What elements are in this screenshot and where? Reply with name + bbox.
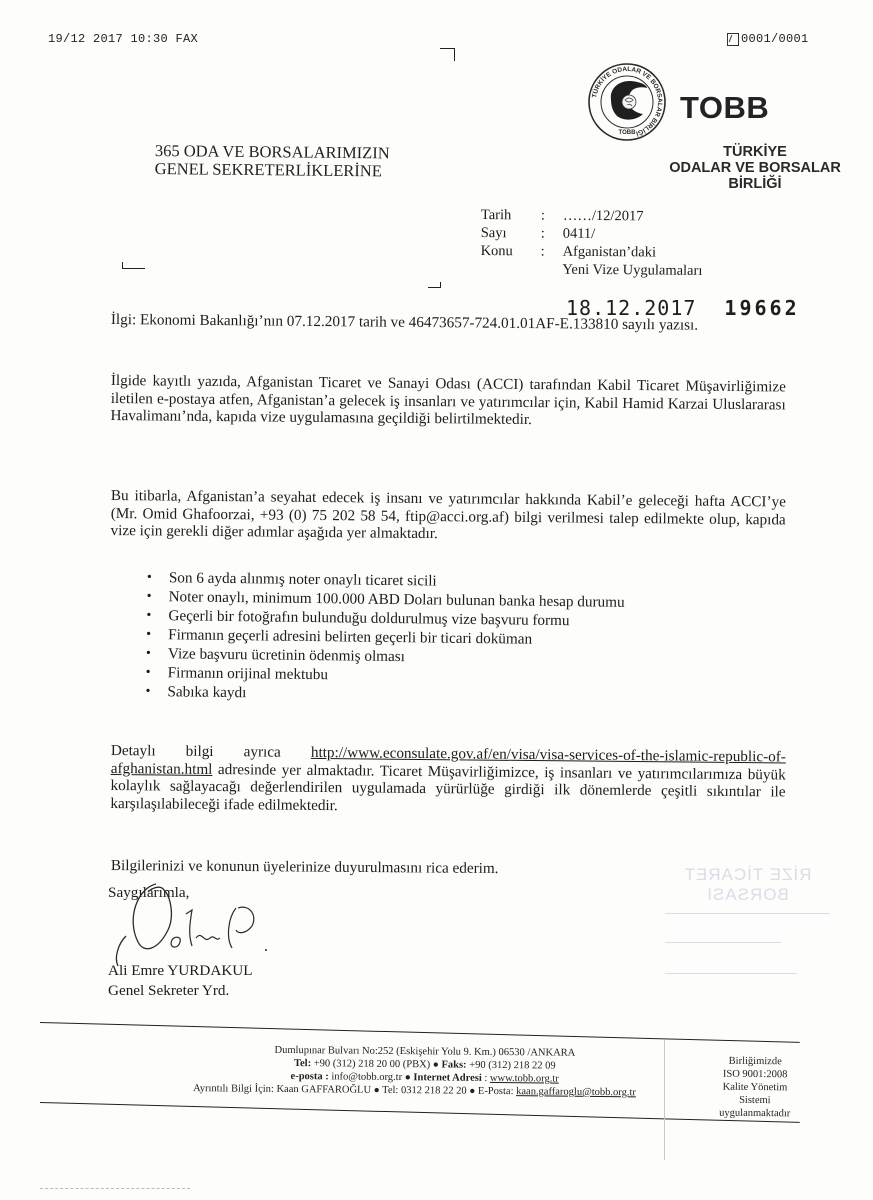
recipient-block: 365 ODA VE BORSALARIMIZIN GENEL SEKRETER… [155, 142, 390, 180]
footer-contact-tel: Tel: 0312 218 22 20 [382, 1085, 467, 1097]
tobb-seal-logo: TÜRKİYE ODALAR VE BORSALAR BİRLİĞİ TOBB [587, 62, 667, 142]
ghost-stamp-line: BORSASI [665, 885, 830, 905]
meta-label: Konu [481, 242, 541, 261]
footer-top-rule [40, 1022, 800, 1043]
footer-bottom-rule [40, 1102, 800, 1123]
meta-value: Yeni Vize Uygulamaları [562, 261, 702, 280]
tobb-brand-name: TOBB [680, 90, 769, 126]
paragraph-1: İlgide kayıtlı yazıda, Afganistan Ticare… [110, 372, 785, 431]
meta-value: Afganistan’daki [563, 243, 703, 262]
closing-request: Bilgilerinizi ve konunun üyelerinize duy… [111, 857, 499, 878]
paragraph-3-text: Detaylı bilgi ayrıca [111, 742, 311, 761]
scan-corner-mark [440, 48, 455, 61]
paragraph-2: Bu itibarla, Afganistan’a seyahat edecek… [110, 487, 785, 546]
ghost-stamp-bleedthrough: RİZE TİCARET BORSASI [665, 865, 830, 1025]
footer-contact-email-link[interactable]: kaan.gaffaroglu@tobb.org.tr [516, 1086, 636, 1098]
requirements-list: Son 6 ayda alınmış noter onaylı ticaret … [145, 568, 625, 707]
fax-page-icon [727, 33, 739, 46]
scan-corner-mark [122, 262, 145, 269]
org-name-line: ODALAR VE BORSALAR [660, 160, 850, 176]
organization-name: TÜRKİYE ODALAR VE BORSALAR BİRLİĞİ [660, 144, 850, 192]
stamp-number: 19662 [724, 296, 799, 320]
letterhead-footer: Dumlupınar Bulvarı No:252 (Eskişehir Yol… [185, 1043, 665, 1100]
ghost-stamp-line: RİZE TİCARET [665, 865, 830, 885]
fax-page-counter: 0001/0001 [727, 32, 809, 46]
page-counter-text: 0001/0001 [741, 32, 809, 46]
fax-timestamp: 19/12 2017 10:30 FAX [48, 32, 198, 46]
svg-text:TOBB: TOBB [619, 130, 637, 136]
scan-artifact [40, 1188, 190, 1189]
handwritten-signature [108, 878, 283, 968]
footer-tel: +90 (312) 218 20 00 (PBX) [314, 1058, 431, 1070]
meta-label: Sayı [481, 224, 541, 243]
footer-email: info@tobb.org.tr [331, 1071, 402, 1083]
signatory-title: Genel Sekreter Yrd. [108, 981, 253, 1001]
meta-value: ……/12/2017 [563, 207, 703, 226]
iso-certification-note: Birliğimizde ISO 9001:2008 Kalite Yöneti… [700, 1054, 811, 1120]
meta-row-date: Tarih : ……/12/2017 [481, 206, 703, 226]
scan-corner-mark [428, 282, 441, 288]
meta-value: 0411/ [563, 225, 703, 244]
iso-divider [664, 1040, 665, 1160]
footer-fax: +90 (312) 218 22 09 [469, 1060, 556, 1072]
recipient-line: GENEL SEKRETERLİKLERİNE [155, 160, 390, 180]
meta-row-subject-cont: Yeni Vize Uygulamaları [480, 260, 702, 280]
paragraph-3-text: adresinde yer almaktadır. Ticaret Müşavi… [110, 760, 785, 813]
paragraph-3: Detaylı bilgi ayrıca http://www.econsula… [110, 742, 786, 818]
letter-meta: Tarih : ……/12/2017 Sayı : 0411/ Konu : A… [480, 206, 703, 280]
meta-row-number: Sayı : 0411/ [481, 224, 703, 244]
org-name-line: BİRLİĞİ [660, 176, 850, 192]
meta-label: Tarih [481, 206, 541, 225]
meta-row-subject: Konu : Afganistan’daki [481, 242, 703, 262]
org-name-line: TÜRKİYE [660, 144, 850, 160]
footer-website-link[interactable]: www.tobb.org.tr [490, 1073, 559, 1085]
